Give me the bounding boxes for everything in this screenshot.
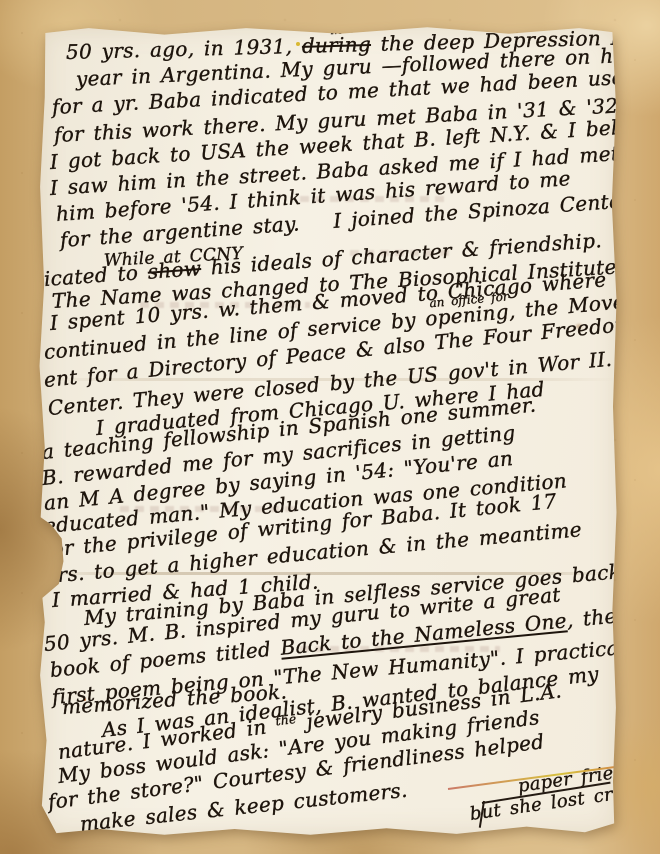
letter-text-segment: , the (566, 604, 618, 633)
letter-text-segment: the (274, 711, 297, 728)
letter-text-segment (300, 228, 334, 230)
scanned-letter-page: 50 yrs. ago, in 1931, during the deep De… (0, 0, 660, 854)
letter-paper: 50 yrs. ago, in 1931, during the deep De… (36, 24, 620, 838)
paper-shadow-wrap: 50 yrs. ago, in 1931, during the deep De… (0, 0, 660, 854)
